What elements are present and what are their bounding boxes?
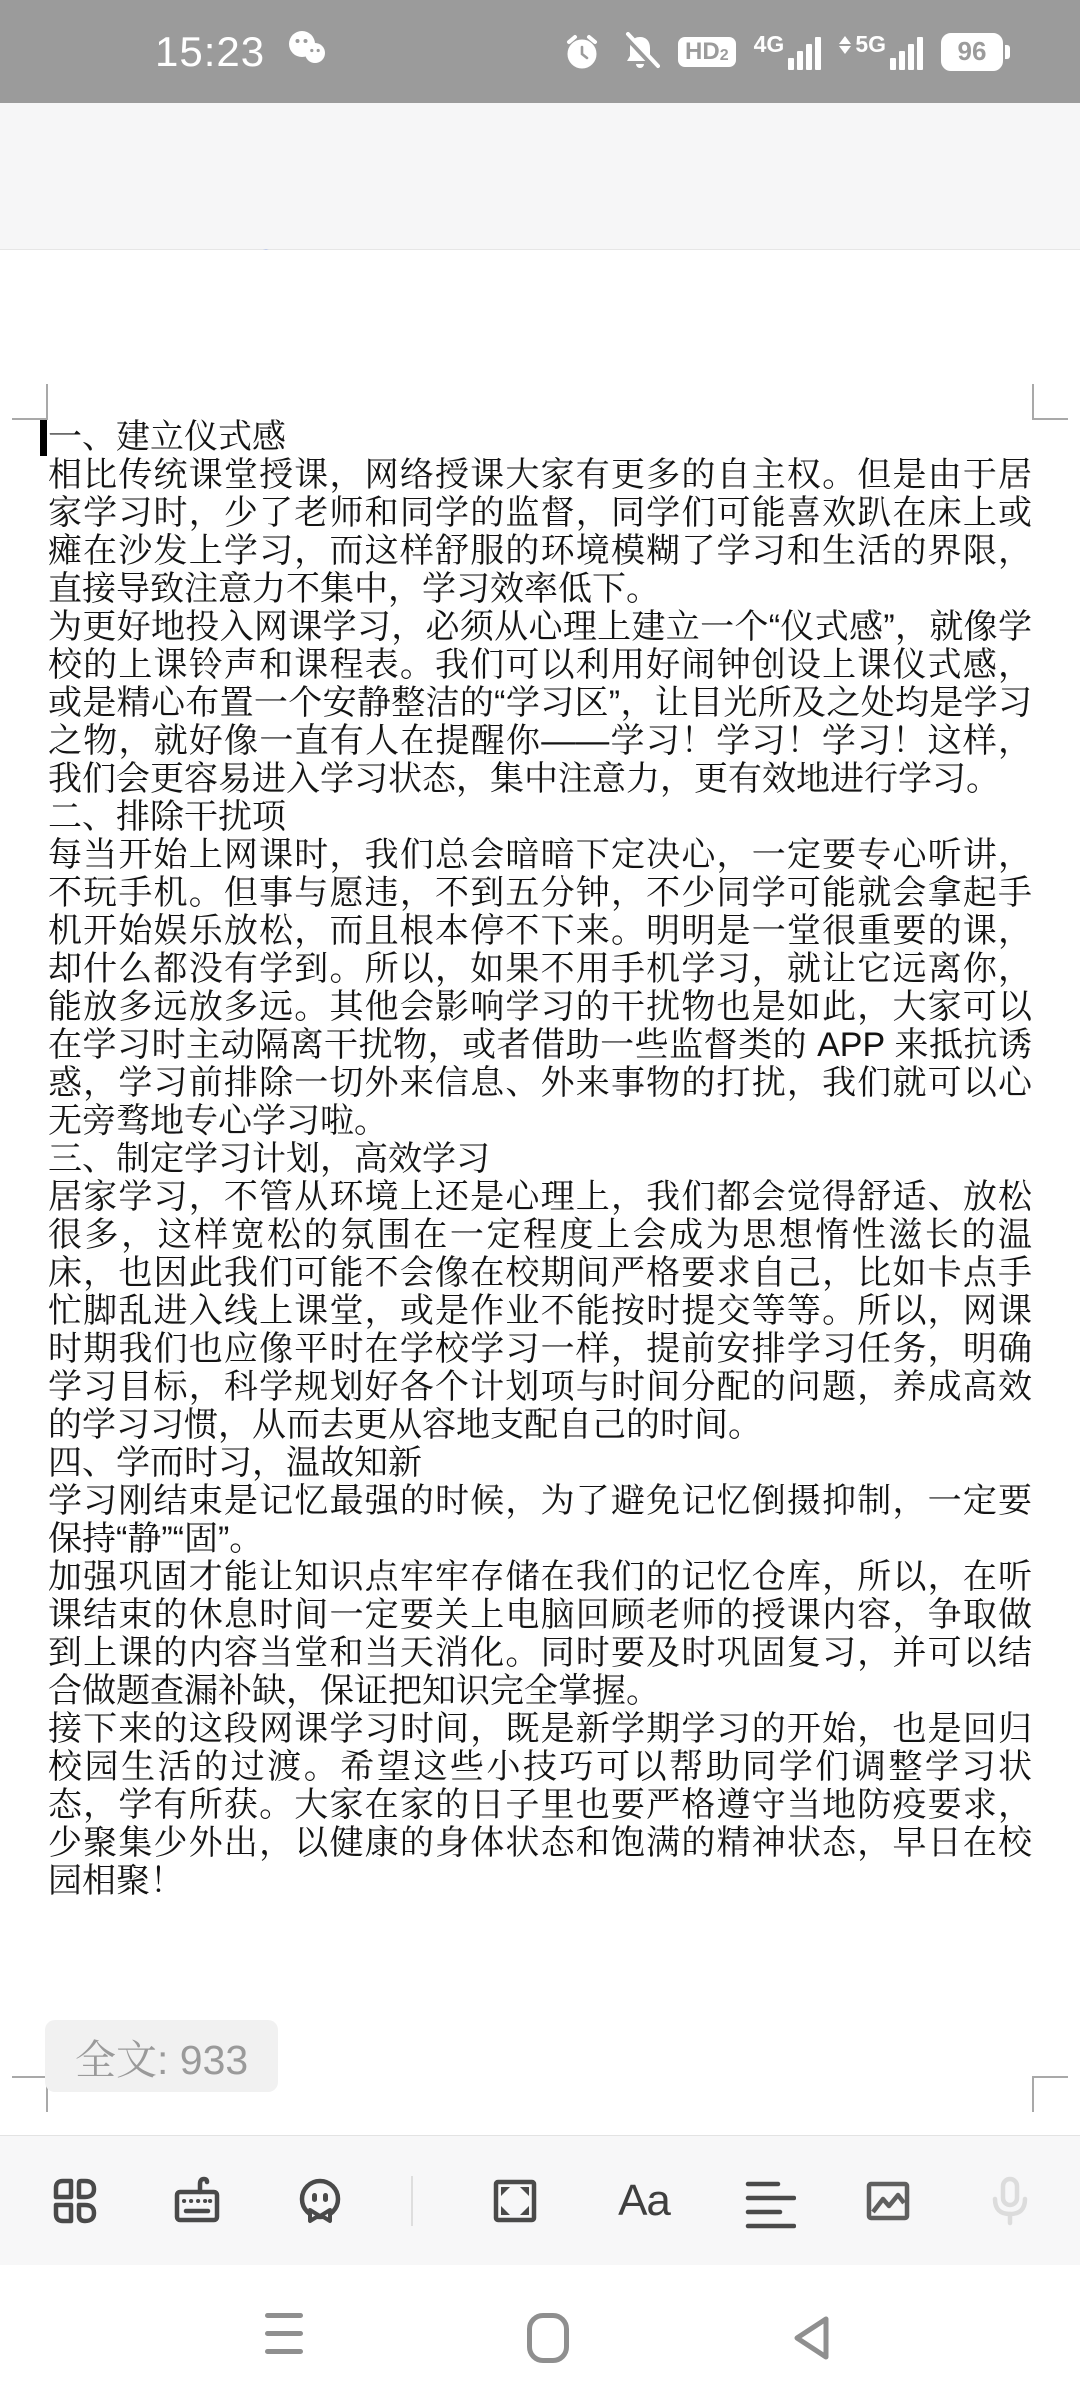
crop-mark-top-right-v [1032,384,1034,420]
paragraph: 一、建立仪式感 [48,418,1032,456]
tools-grid-icon[interactable] [47,2173,103,2229]
paragraph: 居家学习，不管从环境上还是心理上，我们都会觉得舒适、放松很多，这样宽松的氛围在一… [48,1178,1032,1444]
word-count-badge: 全文: 933 [45,2020,278,2092]
notifications-muted-icon [620,32,660,72]
battery-indicator: 96 [941,33,1010,71]
assistant-face-icon[interactable] [292,2173,348,2229]
paragraph: 相比传统课堂授课，网络授课大家有更多的自主权。但是由于居家学习时，少了老师和同学… [48,456,1032,608]
text-cursor [40,420,47,456]
paragraph: 接下来的这段网课学习时间，既是新学期学习的开始，也是回归校园生活的过渡。希望这些… [48,1710,1032,1900]
paragraph: 学习刚结束是记忆最强的时候，为了避免记忆倒摄抑制，一定要保持“静”“固”。 [48,1482,1032,1558]
hd-voice-badge: HD2 [678,37,736,67]
navigation-bar [0,2265,1080,2400]
paragraph: 每当开始上网课时，我们总会暗暗下定决心，一定要专心听讲，不玩手机。但事与愿违，不… [48,836,1032,1140]
document-page[interactable]: 一、建立仪式感相比传统课堂授课，网络授课大家有更多的自主权。但是由于居家学习时，… [0,250,1080,2135]
app-toolbar: 完成 3 [0,103,1080,250]
crop-mark-top-right [1032,418,1068,420]
keyboard-icon[interactable] [169,2173,225,2229]
toolbar-divider [411,2176,413,2226]
paragraph-align-icon[interactable] [740,2173,796,2229]
paragraph: 为更好地投入网课学习，必须从心理上建立一个“仪式感”，就像学校的上课铃声和课程表… [48,608,1032,798]
status-time: 15:23 [155,28,265,76]
selection-box-icon[interactable] [487,2173,543,2229]
signal-4g-icon: 4G [754,33,822,70]
paragraph: 四、学而时习，温故知新 [48,1444,1032,1482]
font-format-icon[interactable]: Aa [616,2173,672,2229]
edit-toolbar: Aa [0,2135,1080,2265]
document-text[interactable]: 一、建立仪式感相比传统课堂授课，网络授课大家有更多的自主权。但是由于居家学习时，… [48,418,1032,1900]
nav-recents-button[interactable] [265,2313,303,2354]
paragraph: 加强巩固才能让知识点牢牢存储在我们的记忆仓库，所以，在听课结束的休息时间一定要关… [48,1558,1032,1710]
signal-5g-icon: 5G [839,33,923,70]
microphone-icon[interactable] [982,2173,1038,2229]
nav-back-button[interactable] [790,2313,834,2368]
crop-mark-bottom-left [12,2076,48,2078]
paragraph: 二、排除干扰项 [48,798,1032,836]
crop-mark-bottom-right-v [1032,2076,1034,2112]
status-bar: 15:23 [0,0,1080,103]
paragraph: 三、制定学习计划，高效学习 [48,1140,1032,1178]
insert-image-icon[interactable] [860,2173,916,2229]
data-arrows-icon [839,36,851,54]
crop-mark-top-left-v [46,384,48,420]
nav-home-button[interactable] [527,2313,569,2363]
wechat-notification-icon [285,29,329,74]
alarm-icon [562,32,602,72]
crop-mark-bottom-right [1032,2076,1068,2078]
